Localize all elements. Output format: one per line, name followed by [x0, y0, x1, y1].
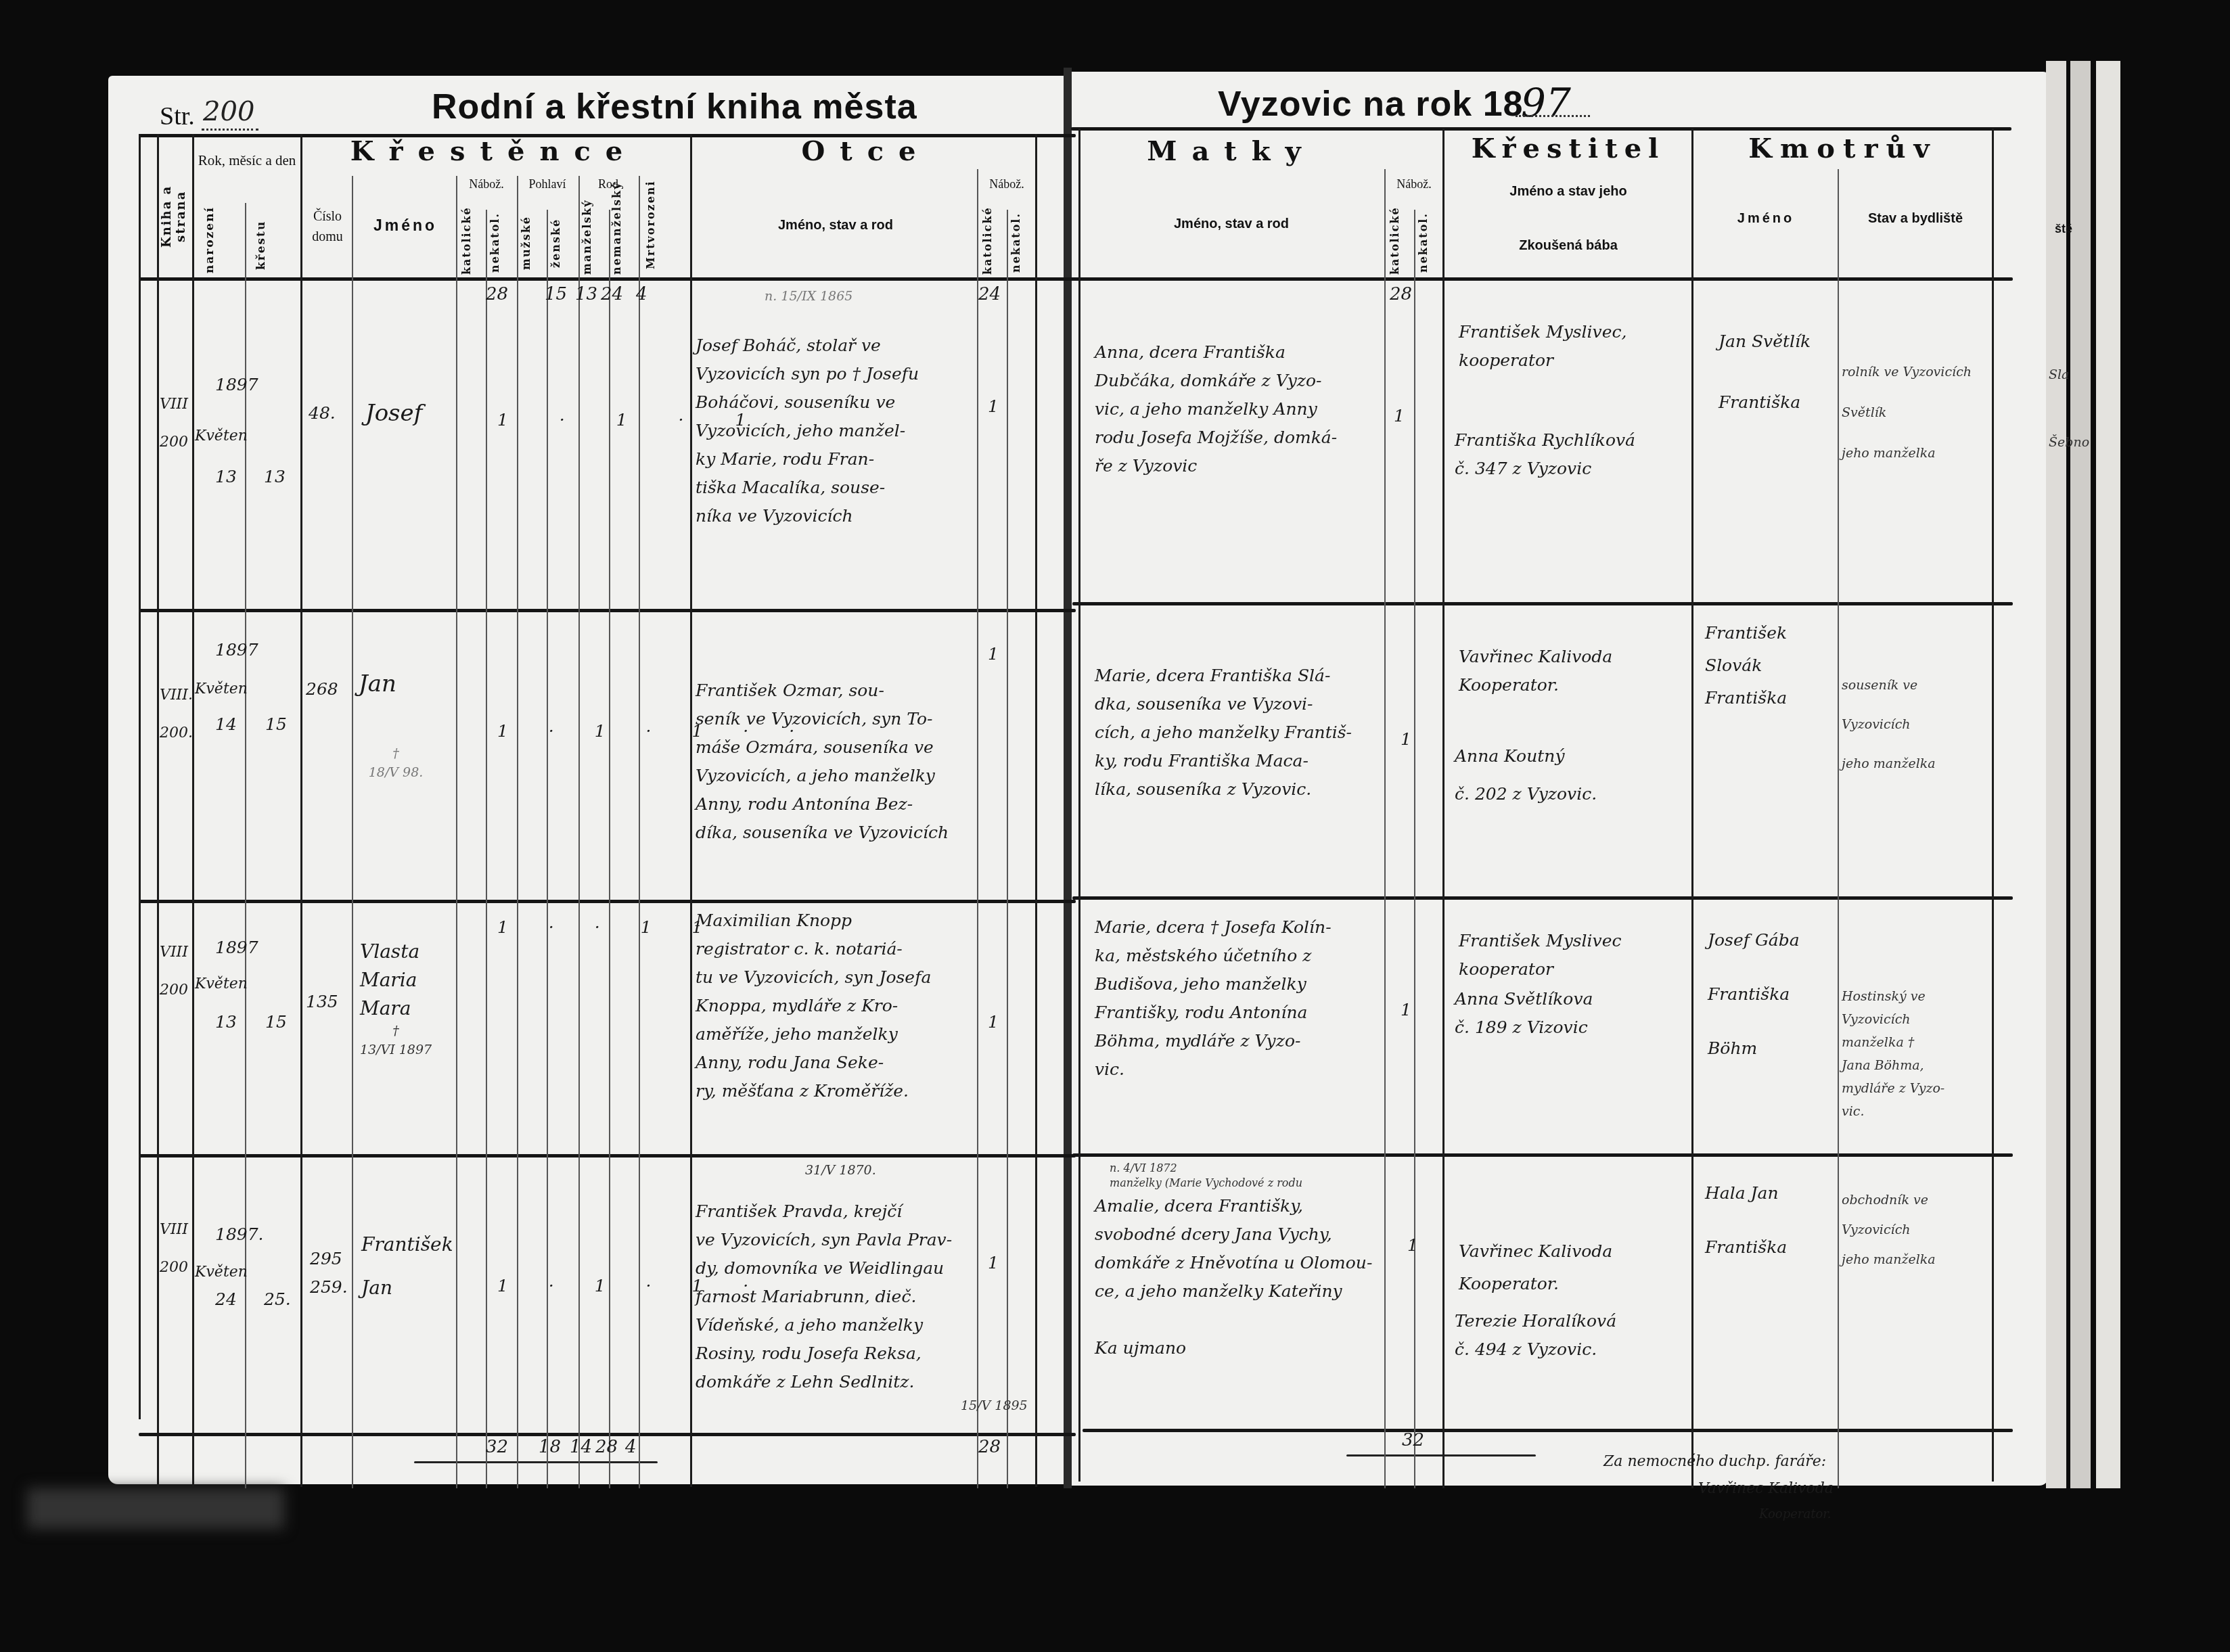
header-year-month-day: Rok, měsíc a den [196, 150, 298, 170]
entry-flags: 1 · · 1 1 [497, 913, 720, 942]
entry-month: Květen [195, 1258, 248, 1287]
margin-fragment: Sla [2049, 365, 2069, 384]
header-baptizer-col: Jméno a stav jeho [1447, 184, 1690, 200]
row-divider [139, 900, 1076, 903]
entry-house-no: 135 [306, 988, 338, 1016]
row-divider [139, 1154, 1076, 1157]
entry-house-no: 295 259. [310, 1245, 348, 1302]
entry-father-birth-note: 31/V 1870. [805, 1161, 876, 1180]
entry-mother: Marie, dcera Františka Slá- dka, sousení… [1095, 662, 1386, 804]
entry-godparent-status: rolník ve Vyzovicích Světlík jeho manžel… [1842, 352, 1990, 474]
header-top-rule [1071, 127, 2011, 131]
entry-mother: Anna, dcera Františka Dubčáka, domkáře z… [1095, 338, 1386, 480]
section-father: Otce [697, 135, 1035, 167]
signature-name: Vavřinec Kalivoda [1698, 1475, 1834, 1503]
entry-baptizer: František Myslivec, kooperator [1459, 318, 1689, 375]
entry-year: 1897. [215, 1220, 264, 1249]
row-divider [1072, 602, 2013, 605]
dotted-rule [202, 129, 258, 131]
entry-house-no: 48. [309, 399, 336, 428]
entry-book-page: VIII 200 [160, 934, 192, 1009]
header-male: mužské [520, 211, 544, 275]
entry-born-day: 14 [215, 710, 237, 739]
header-father-col: Jméno, stav a rod [697, 218, 974, 233]
total-underline [1346, 1454, 1536, 1456]
page-edge [2070, 61, 2091, 1488]
total-illegitimate: 4 [625, 1437, 637, 1457]
entry-year: 1897 [215, 934, 258, 962]
carry-catholic: 28 [486, 284, 508, 304]
entry-midwife: Terezie Horalíková č. 494 z Vyzovic. [1455, 1307, 1685, 1364]
entry-father: Josef Boháč, stolař ve Vyzovicích syn po… [696, 331, 973, 530]
dotted-rule [1516, 115, 1590, 117]
carry-female: 13 [575, 284, 597, 304]
entry-mother-religion: 1 [1394, 402, 1405, 430]
left-page-title: Rodní a křestní kniha města [432, 87, 917, 127]
section-child: Křestěnce [304, 135, 683, 167]
section-baptizer: Křestitel [1447, 133, 1690, 164]
col-line [1992, 129, 1994, 1482]
header-book-page: Kniha a strana [160, 162, 189, 271]
header-non-catholic: nekatol. [1009, 211, 1034, 275]
entry-baptized-day: 15 [265, 1008, 287, 1036]
header-legitimate: manželský [581, 211, 605, 275]
header-baptized: křestu [254, 216, 284, 273]
entry-father: František Ozmar, sou- seník ve Vyzovicíc… [696, 676, 973, 847]
header-name: Jméno [355, 216, 456, 235]
entry-baptizer: Vavřinec Kalivoda Kooperator. [1459, 1235, 1689, 1300]
col-line [486, 210, 487, 1488]
entry-born-day: 13 [215, 463, 237, 491]
entry-father-religion: 1 [988, 1008, 999, 1036]
header-father-religion: Nábož. [980, 177, 1034, 191]
entry-baptized-day: 25. [264, 1285, 291, 1314]
header-legitimacy: Rod [579, 177, 637, 191]
header-stillborn: Mrtvorozeni [644, 176, 682, 273]
total-underline [414, 1461, 658, 1463]
section-mother: Matky [1083, 135, 1380, 167]
entry-father-religion: 1 [988, 1249, 999, 1277]
header-house-no: Číslo domu [303, 206, 352, 247]
col-line [157, 134, 159, 1487]
entry-baptized-day: 15 [265, 710, 287, 739]
entry-midwife: Františka Rychlíková č. 347 z Vyzovic [1455, 426, 1685, 483]
year-handwritten: 97 [1521, 80, 1571, 126]
header-godparent-status: Stav a bydliště [1840, 211, 1990, 227]
header-born: narození [203, 210, 233, 273]
entry-month: Květen [195, 422, 248, 451]
father-birth-note: n. 15/IX 1865 [765, 287, 852, 306]
next-page-header-fragment: ště [2050, 222, 2077, 236]
col-line [1035, 134, 1037, 1487]
entry-father-religion: 1 [988, 392, 999, 421]
page-edge [2046, 61, 2066, 1488]
total-father-religion: 28 [978, 1437, 1001, 1457]
header-illegitimate: nemanželský [610, 211, 635, 275]
page-number: 200 [203, 96, 254, 127]
entry-baptizer: Vavřinec Kalivoda Kooperator. [1459, 643, 1689, 699]
header-non-catholic: nekatol. [488, 211, 513, 275]
carry-father-religion: 24 [978, 284, 1001, 304]
entry-month: Květen [195, 675, 248, 704]
entry-year: 1897 [215, 371, 258, 399]
col-line [1007, 210, 1008, 1488]
header-religion: Nábož. [457, 177, 516, 191]
book-gutter [1064, 68, 1072, 1488]
entry-child-name: Vlasta Maria Mara [360, 938, 419, 1023]
entry-death-note: † 18/V 98. [365, 744, 426, 782]
entry-godparent-status: souseník ve Vyzovicích jeho manželka [1842, 666, 1990, 783]
entry-mother-religion: 1 [1401, 725, 1411, 754]
row-divider [139, 609, 1076, 612]
carry-male: 15 [545, 284, 567, 304]
entry-godparent-status: obchodník ve Vyzovicích jeho manželka [1842, 1185, 1990, 1275]
col-line [192, 134, 194, 1487]
carry-illegitimate: 4 [636, 284, 647, 304]
col-line [1414, 210, 1415, 1488]
total-female: 14 [570, 1437, 592, 1457]
entry-child-name: František Jan [361, 1223, 453, 1310]
entry-mother-religion: 1 [1407, 1231, 1418, 1260]
entry-midwife: Anna Světlíkova č. 189 z Vizovic [1455, 985, 1685, 1042]
signature-line: Za nemocného duchp. faráře: [1603, 1448, 1826, 1476]
entry-father: František Pravda, krejčí ve Vyzovicích, … [696, 1197, 973, 1396]
header-female: ženské [549, 211, 574, 275]
entry-godparent-names: František Slovák Františka [1705, 617, 1840, 714]
row-divider [1072, 1153, 2013, 1157]
entry-mother-note: n. 4/VI 1872 manželky (Marie Vychodové z… [1110, 1161, 1387, 1191]
entry-godparent-names: Hala Jan Františka [1705, 1166, 1840, 1275]
entry-baptized-day: 13 [264, 463, 286, 491]
col-line [456, 176, 457, 1488]
header-mother-religion: Nábož. [1387, 177, 1441, 191]
header-non-catholic: nekatol. [1417, 211, 1441, 275]
entry-godparent-status: Hostinský ve Vyzovicích manželka † Jana … [1842, 985, 1990, 1123]
entry-father-footnote: 15/V 1895 [961, 1396, 1028, 1415]
page-edge [2096, 61, 2120, 1488]
header-catholic: katolické [1388, 211, 1413, 275]
total-male: 18 [539, 1437, 561, 1457]
entry-book-page: VIII 200 [160, 1211, 192, 1287]
carry-legitimate: 24 [601, 284, 623, 304]
header-godparent-name: Jméno [1696, 211, 1836, 227]
col-line [1078, 129, 1080, 1482]
row-divider [139, 1433, 1076, 1436]
col-line [977, 169, 978, 1488]
total-legitimate: 28 [595, 1437, 618, 1457]
entry-midwife: Anna Koutný č. 202 z Vyzovic. [1455, 737, 1685, 813]
entry-godparent-names: Jan Světlík Františka [1719, 311, 1854, 433]
total-mother-religion: 32 [1402, 1430, 1424, 1450]
right-page-title: Vyzovic na rok 18 [1218, 84, 1524, 124]
section-godparents: Kmotrův [1696, 133, 1990, 164]
entry-year: 1897 [215, 636, 258, 664]
scan-shadow [27, 1488, 284, 1529]
entry-child-name: Josef [365, 399, 422, 428]
entry-godparent-names: Josef Gába Františka Böhm [1708, 913, 1843, 1076]
header-bottom-rule [1072, 277, 2013, 281]
entry-born-day: 24 [215, 1285, 237, 1314]
margin-fragment: Šebno [2049, 433, 2089, 452]
entry-child-name: Jan [359, 670, 396, 698]
entry-mother: Amalie, dcera Františky, svobodné dcery … [1095, 1192, 1386, 1362]
entry-book-page: VIII 200 [160, 386, 192, 461]
col-line [1442, 129, 1444, 1488]
header-midwife-col: Zkoušená bába [1447, 238, 1690, 254]
header-catholic: katolické [981, 211, 1005, 275]
header-catholic: katolické [460, 211, 484, 275]
carry-mother-religion: 28 [1390, 284, 1412, 304]
total-catholic: 32 [486, 1437, 508, 1457]
col-line [139, 134, 141, 1419]
page-label: Str. [160, 101, 195, 131]
header-bottom-rule [139, 277, 1076, 281]
entry-born-day: 13 [215, 1008, 237, 1036]
row-divider [1083, 1429, 2013, 1432]
entry-house-no: 268 [306, 675, 338, 704]
row-divider [1072, 896, 2013, 900]
header-sex: Pohlaví [518, 177, 576, 191]
entry-month: Květen [195, 970, 248, 999]
signature-title: Kooperator. [1759, 1500, 1831, 1529]
entry-book-page: VIII. 200. [160, 676, 192, 752]
entry-mother-religion: 1 [1401, 996, 1411, 1024]
entry-death-note: † 13/VI 1897 [359, 1022, 433, 1059]
col-line [300, 134, 302, 1487]
entry-baptizer: František Myslivec kooperator [1459, 927, 1689, 984]
entry-mother: Marie, dcera † Josefa Kolín- ka, městské… [1095, 913, 1386, 1084]
entry-father-religion: 1 [988, 640, 999, 668]
header-mother-col: Jméno, stav a rod [1083, 216, 1380, 232]
col-line [352, 176, 353, 1488]
entry-father: Maximilian Knopp registrator c. k. notar… [696, 907, 973, 1105]
col-line [1691, 129, 1693, 1488]
